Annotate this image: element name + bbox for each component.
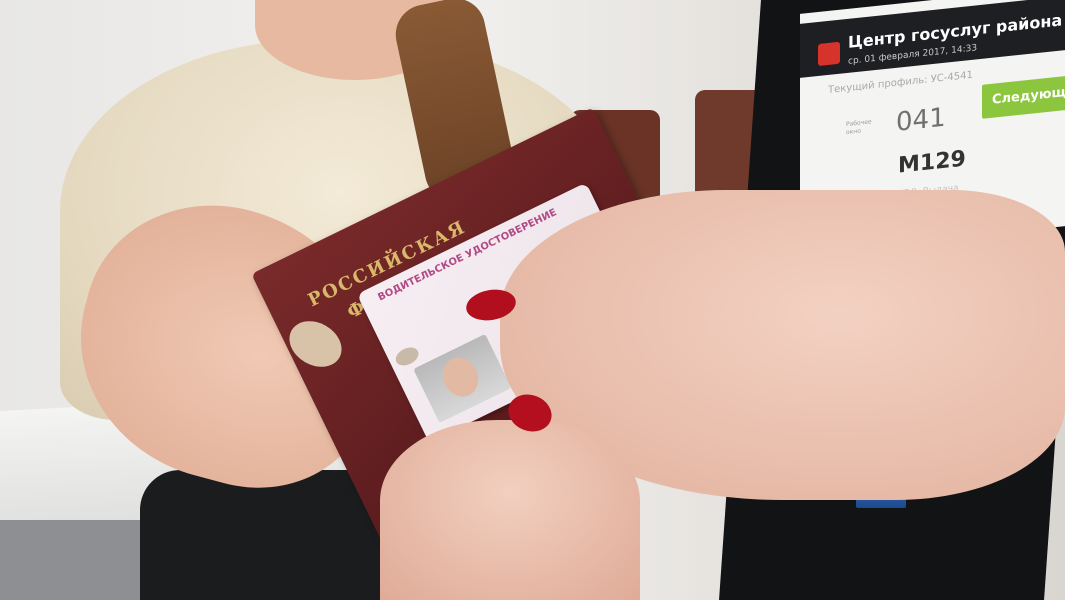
moscow-logo-icon (818, 42, 840, 66)
ticket-number: M129 (898, 146, 966, 178)
next-button[interactable]: Следующий (982, 73, 1065, 119)
thumb (380, 420, 640, 600)
window-label: Рабочее окно (846, 118, 876, 137)
window-number: 041 (896, 103, 946, 138)
screen-header: Центр госуслуг района ср. 01 февраля 201… (800, 0, 1065, 78)
license-seal-icon (393, 344, 422, 369)
photo-face (437, 352, 485, 403)
current-profile: Текущий профиль: УС-4541 (828, 70, 973, 96)
